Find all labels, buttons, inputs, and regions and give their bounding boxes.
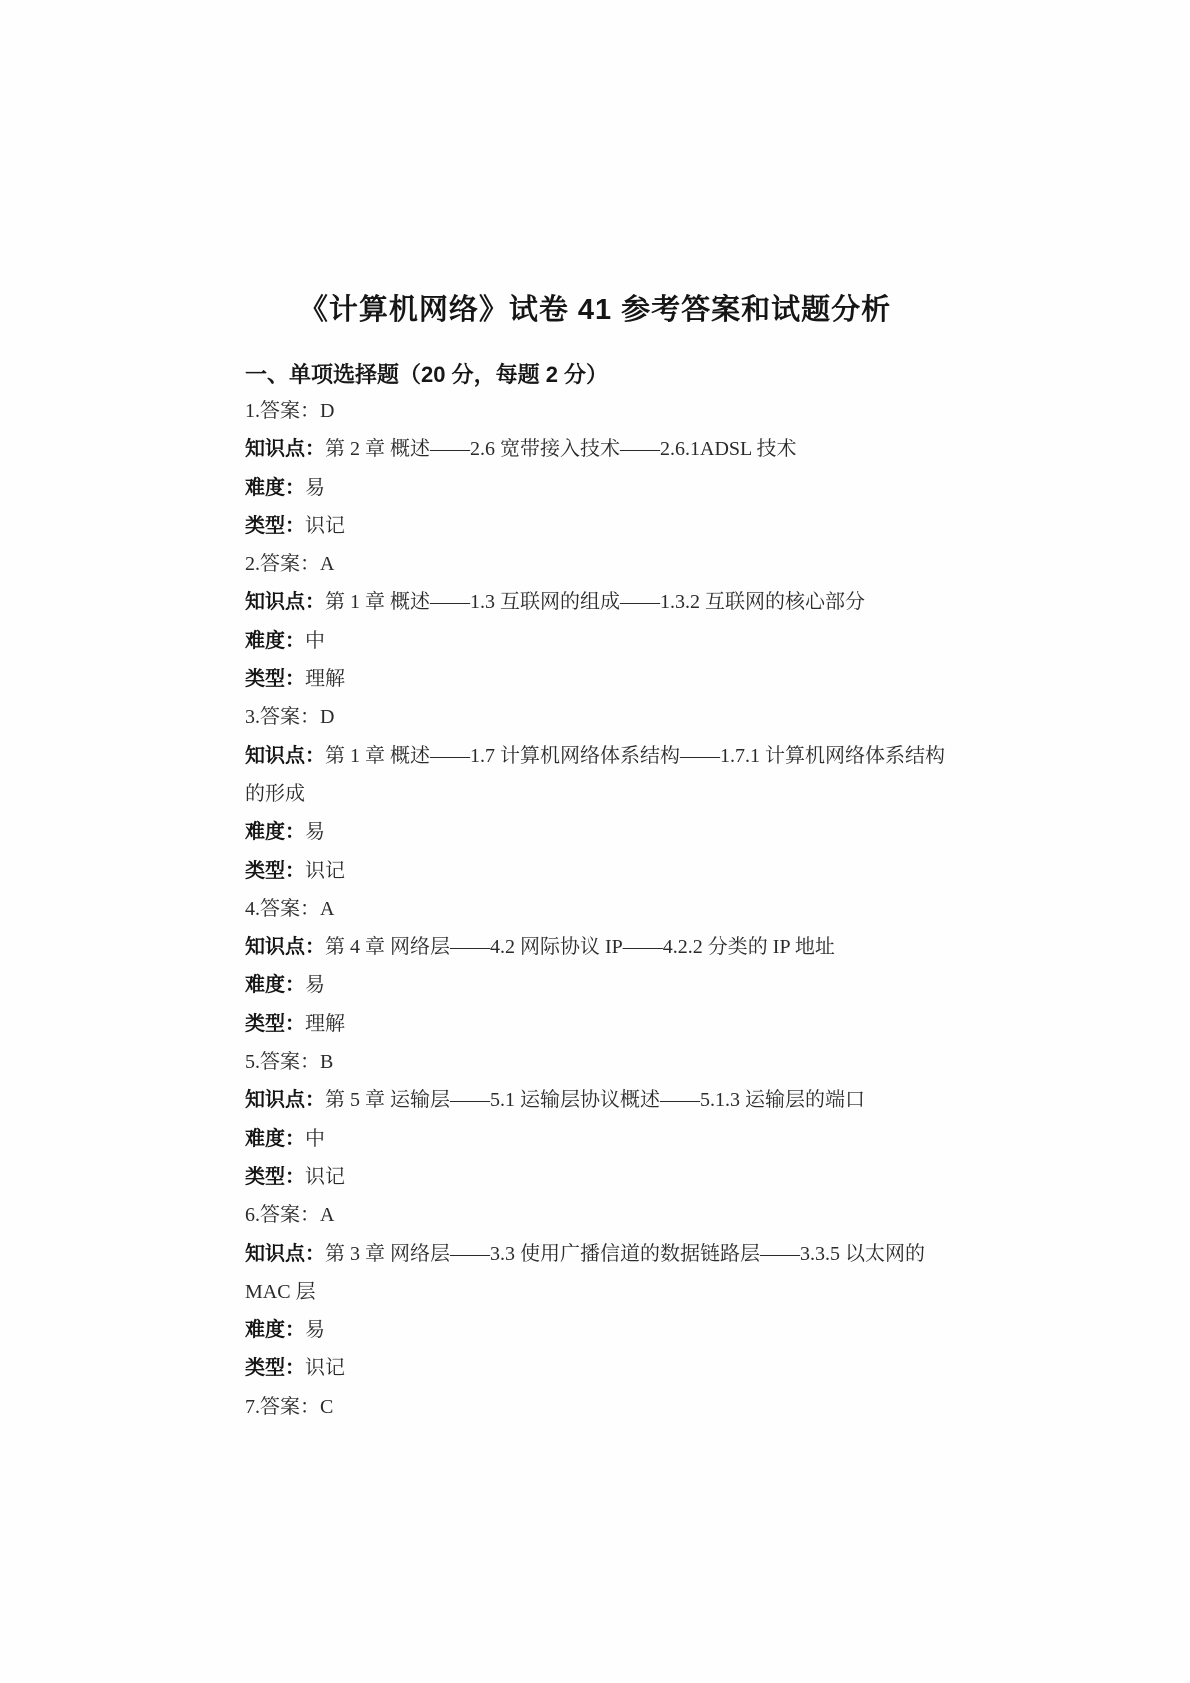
difficulty-text: 中 — [305, 630, 325, 652]
difficulty-text: 易 — [305, 974, 325, 996]
knowledge-text: 第 4 章 网络层——4.2 网际协议 IP——4.2.2 分类的 IP 地址 — [325, 936, 835, 958]
answer-line: 2.答案：A — [245, 545, 963, 583]
type-line: 类型：理解 — [245, 1005, 963, 1043]
difficulty-text: 易 — [305, 1319, 325, 1341]
difficulty-line: 难度：易 — [245, 966, 963, 1004]
difficulty-label: 难度： — [245, 1319, 305, 1341]
difficulty-label: 难度： — [245, 1128, 305, 1150]
difficulty-label: 难度： — [245, 974, 305, 996]
type-line: 类型：理解 — [245, 660, 963, 698]
type-text: 识记 — [305, 1357, 345, 1379]
knowledge-label: 知识点： — [245, 438, 325, 460]
knowledge-text: 第 1 章 概述——1.3 互联网的组成——1.3.2 互联网的核心部分 — [325, 591, 865, 613]
difficulty-label: 难度： — [245, 477, 305, 499]
answer-line: 3.答案：D — [245, 698, 963, 736]
knowledge-line: 知识点：第 4 章 网络层——4.2 网际协议 IP——4.2.2 分类的 IP… — [245, 928, 963, 966]
type-text: 识记 — [305, 1166, 345, 1188]
difficulty-line: 难度：易 — [245, 1311, 963, 1349]
knowledge-line: 知识点：第 5 章 运输层——5.1 运输层协议概述——5.1.3 运输层的端口 — [245, 1081, 963, 1119]
section-heading: 一、单项选择题（20 分，每题 2 分） — [245, 360, 608, 390]
knowledge-text: 第 2 章 概述——2.6 宽带接入技术——2.6.1ADSL 技术 — [325, 438, 796, 460]
next-answer-line: 7.答案：C — [245, 1388, 963, 1426]
answer-line: 1.答案：D — [245, 392, 963, 430]
knowledge-label: 知识点： — [245, 1089, 325, 1111]
knowledge-label: 知识点： — [245, 1243, 325, 1265]
questions-container: 1.答案：D 知识点：第 2 章 概述——2.6 宽带接入技术——2.6.1AD… — [245, 392, 963, 1426]
difficulty-text: 易 — [305, 477, 325, 499]
type-label: 类型： — [245, 1166, 305, 1188]
type-text: 理解 — [305, 668, 345, 690]
knowledge-label: 知识点： — [245, 936, 325, 958]
type-label: 类型： — [245, 860, 305, 882]
type-text: 理解 — [305, 1013, 345, 1035]
type-line: 类型：识记 — [245, 507, 963, 545]
knowledge-line: 知识点：第 3 章 网络层——3.3 使用广播信道的数据链路层——3.3.5 以… — [245, 1235, 963, 1312]
type-line: 类型：识记 — [245, 1158, 963, 1196]
answer-line: 5.答案：B — [245, 1043, 963, 1081]
type-line: 类型：识记 — [245, 1349, 963, 1387]
answer-line: 4.答案：A — [245, 890, 963, 928]
type-label: 类型： — [245, 1013, 305, 1035]
difficulty-label: 难度： — [245, 821, 305, 843]
type-label: 类型： — [245, 515, 305, 537]
type-line: 类型：识记 — [245, 852, 963, 890]
type-label: 类型： — [245, 1357, 305, 1379]
knowledge-text: 第 3 章 网络层——3.3 使用广播信道的数据链路层——3.3.5 以太网的M… — [245, 1243, 925, 1303]
difficulty-line: 难度：易 — [245, 469, 963, 507]
knowledge-text: 第 1 章 概述——1.7 计算机网络体系结构——1.7.1 计算机网络体系结构… — [245, 745, 945, 805]
type-text: 识记 — [305, 860, 345, 882]
difficulty-line: 难度：中 — [245, 1120, 963, 1158]
type-label: 类型： — [245, 668, 305, 690]
difficulty-text: 中 — [305, 1128, 325, 1150]
difficulty-text: 易 — [305, 821, 325, 843]
knowledge-line: 知识点：第 2 章 概述——2.6 宽带接入技术——2.6.1ADSL 技术 — [245, 430, 963, 468]
type-text: 识记 — [305, 515, 345, 537]
difficulty-line: 难度：中 — [245, 622, 963, 660]
knowledge-line: 知识点：第 1 章 概述——1.7 计算机网络体系结构——1.7.1 计算机网络… — [245, 737, 963, 814]
document-title: 《计算机网络》试卷 41 参考答案和试题分析 — [0, 292, 1190, 328]
difficulty-label: 难度： — [245, 630, 305, 652]
knowledge-line: 知识点：第 1 章 概述——1.3 互联网的组成——1.3.2 互联网的核心部分 — [245, 583, 963, 621]
knowledge-text: 第 5 章 运输层——5.1 运输层协议概述——5.1.3 运输层的端口 — [325, 1089, 865, 1111]
knowledge-label: 知识点： — [245, 591, 325, 613]
answer-line: 6.答案：A — [245, 1196, 963, 1234]
document-page: 《计算机网络》试卷 41 参考答案和试题分析 一、单项选择题（20 分，每题 2… — [0, 0, 1190, 1683]
knowledge-label: 知识点： — [245, 745, 325, 767]
difficulty-line: 难度：易 — [245, 813, 963, 851]
